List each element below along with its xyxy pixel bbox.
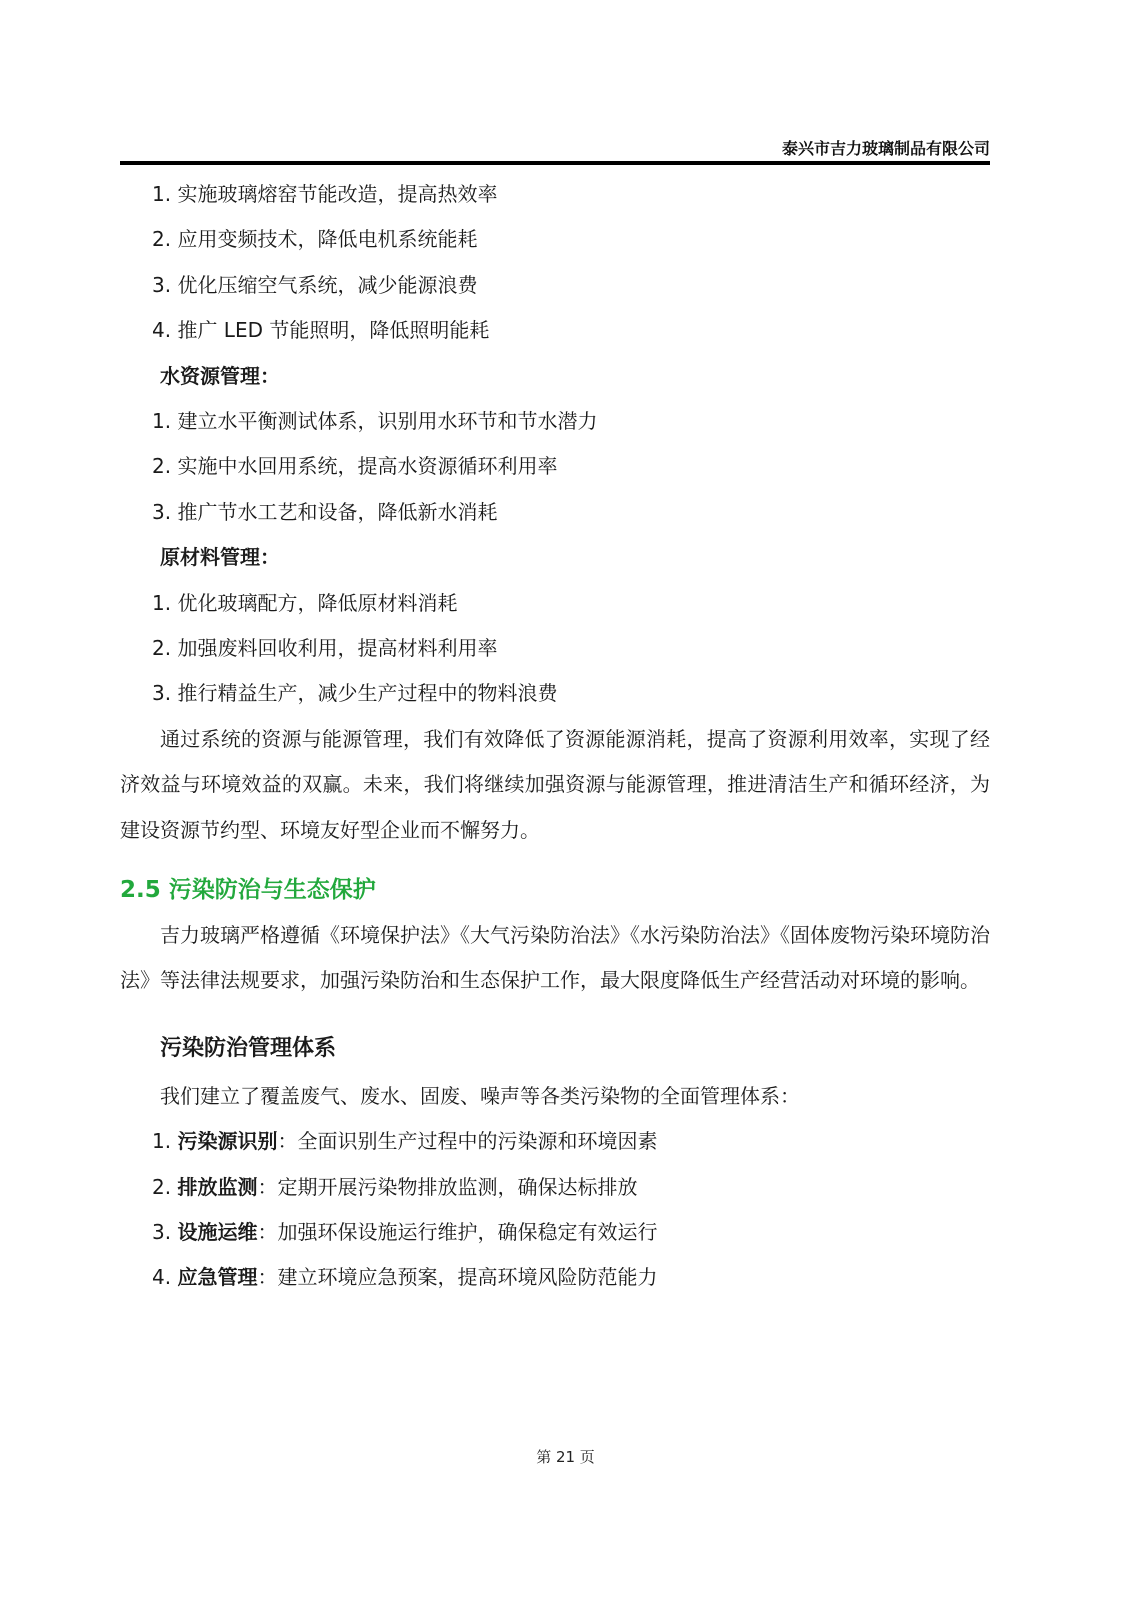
summary-paragraph: 通过系统的资源与能源管理，我们有效降低了资源能源消耗，提高了资源利用效率，实现了…: [120, 717, 990, 853]
list-item: 4. 应急管理：建立环境应急预案，提高环境风险防范能力: [120, 1255, 990, 1300]
list-item: 2. 应用变频技术，降低电机系统能耗: [120, 217, 990, 262]
list-item: 3. 优化压缩空气系统，减少能源浪费: [120, 263, 990, 308]
item-keyword: 污染源识别: [177, 1129, 277, 1153]
list-item: 1. 污染源识别：全面识别生产过程中的污染源和环境因素: [120, 1119, 990, 1164]
water-list: 1. 建立水平衡测试体系，识别用水环节和节水潜力 2. 实施中水回用系统，提高水…: [120, 399, 990, 535]
company-name: 泰兴市吉力玻璃制品有限公司: [782, 136, 990, 159]
list-item: 4. 推广 LED 节能照明，降低照明能耗: [120, 308, 990, 353]
materials-list: 1. 优化玻璃配方，降低原材料消耗 2. 加强废料回收利用，提高材料利用率 3.…: [120, 581, 990, 717]
item-keyword: 排放监测: [177, 1175, 257, 1199]
list-item: 3. 设施运维：加强环保设施运行维护，确保稳定有效运行: [120, 1210, 990, 1255]
item-number: 3.: [152, 1220, 177, 1244]
list-item: 1. 建立水平衡测试体系，识别用水环节和节水潜力: [120, 399, 990, 444]
pollution-system-title: 污染防治管理体系: [120, 1024, 990, 1074]
page-header: 泰兴市吉力玻璃制品有限公司: [120, 132, 990, 166]
list-item: 1. 优化玻璃配方，降低原材料消耗: [120, 581, 990, 626]
page-content: 1. 实施玻璃熔窑节能改造，提高热效率 2. 应用变频技术，降低电机系统能耗 3…: [120, 172, 990, 1301]
list-item: 3. 推广节水工艺和设备，降低新水消耗: [120, 490, 990, 535]
list-item: 1. 实施玻璃熔窑节能改造，提高热效率: [120, 172, 990, 217]
section-title: 2.5 污染防治与生态保护: [120, 867, 990, 913]
section-intro-paragraph: 吉力玻璃严格遵循《环境保护法》《大气污染防治法》《水污染防治法》《固体废物污染环…: [120, 913, 990, 1004]
page-number: 第 21 页: [0, 1446, 1131, 1467]
item-keyword: 设施运维: [177, 1220, 257, 1244]
materials-management-heading: 原材料管理：: [120, 535, 990, 580]
energy-list: 1. 实施玻璃熔窑节能改造，提高热效率 2. 应用变频技术，降低电机系统能耗 3…: [120, 172, 990, 354]
item-number: 4.: [152, 1265, 177, 1289]
list-item: 2. 排放监测：定期开展污染物排放监测，确保达标排放: [120, 1165, 990, 1210]
water-management-heading: 水资源管理：: [120, 354, 990, 399]
pollution-system-list: 1. 污染源识别：全面识别生产过程中的污染源和环境因素 2. 排放监测：定期开展…: [120, 1119, 990, 1301]
pollution-system-intro: 我们建立了覆盖废气、废水、固废、噪声等各类污染物的全面管理体系：: [120, 1074, 990, 1119]
list-item: 2. 加强废料回收利用，提高材料利用率: [120, 626, 990, 671]
item-text: ：加强环保设施运行维护，确保稳定有效运行: [257, 1220, 657, 1244]
list-item: 2. 实施中水回用系统，提高水资源循环利用率: [120, 444, 990, 489]
item-number: 2.: [152, 1175, 177, 1199]
item-text: ：定期开展污染物排放监测，确保达标排放: [257, 1175, 637, 1199]
item-keyword: 应急管理: [177, 1265, 257, 1289]
item-text: ：建立环境应急预案，提高环境风险防范能力: [257, 1265, 657, 1289]
header-rule: [120, 161, 990, 165]
item-number: 1.: [152, 1129, 177, 1153]
item-text: ：全面识别生产过程中的污染源和环境因素: [277, 1129, 657, 1153]
list-item: 3. 推行精益生产，减少生产过程中的物料浪费: [120, 671, 990, 716]
